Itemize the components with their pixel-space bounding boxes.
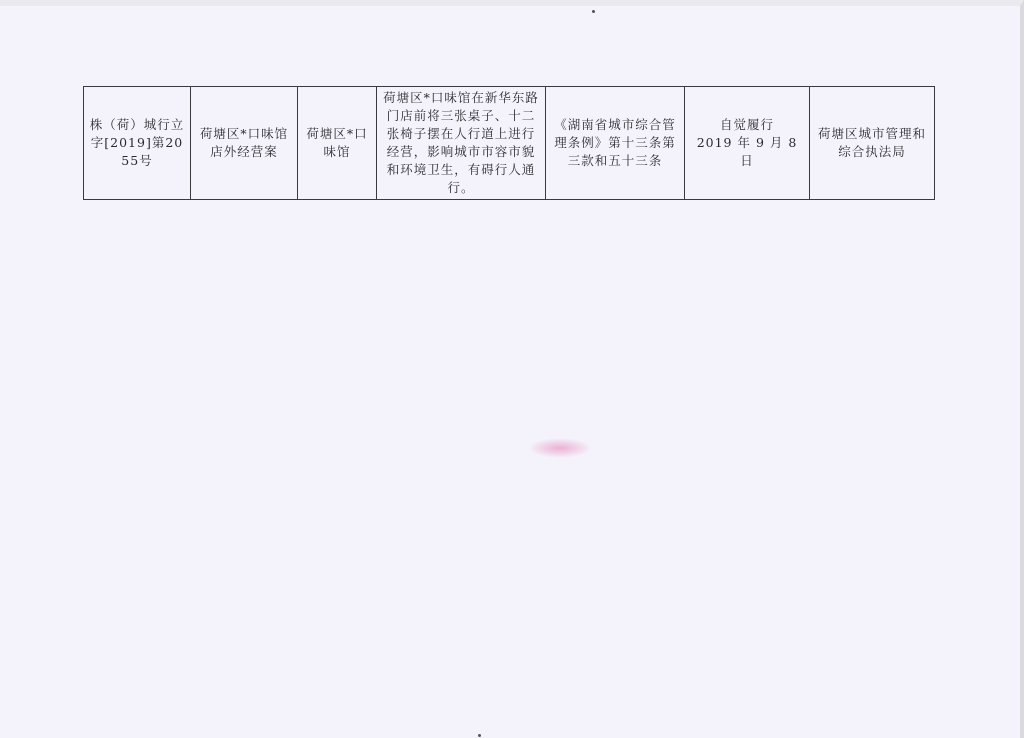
party-cell: 荷塘区*口味馆 — [298, 87, 377, 200]
facts-cell: 荷塘区*口味馆在新华东路门店前将三张桌子、十二张椅子摆在人行道上进行经营，影响城… — [377, 87, 546, 200]
scanned-page: 株（荷）城行立字[2019]第2055号 荷塘区*口味馆店外经营案 荷塘区*口味… — [0, 0, 1024, 738]
authority-cell: 荷塘区城市管理和综合执法局 — [810, 87, 935, 200]
scan-speck — [592, 10, 595, 13]
ink-smudge — [528, 438, 592, 458]
result-cell: 自觉履行 2019 年 9 月 8 日 — [685, 87, 810, 200]
case-name-cell: 荷塘区*口味馆店外经营案 — [191, 87, 298, 200]
legal-basis-cell: 《湖南省城市综合管理条例》第十三条第三款和五十三条 — [546, 87, 685, 200]
case-number-cell: 株（荷）城行立字[2019]第2055号 — [84, 87, 191, 200]
result-status: 自觉履行 — [689, 116, 805, 134]
scan-speck — [478, 734, 481, 737]
table-row: 株（荷）城行立字[2019]第2055号 荷塘区*口味馆店外经营案 荷塘区*口味… — [84, 87, 935, 200]
penalty-record-table: 株（荷）城行立字[2019]第2055号 荷塘区*口味馆店外经营案 荷塘区*口味… — [83, 86, 935, 200]
result-date: 2019 年 9 月 8 日 — [689, 134, 805, 170]
